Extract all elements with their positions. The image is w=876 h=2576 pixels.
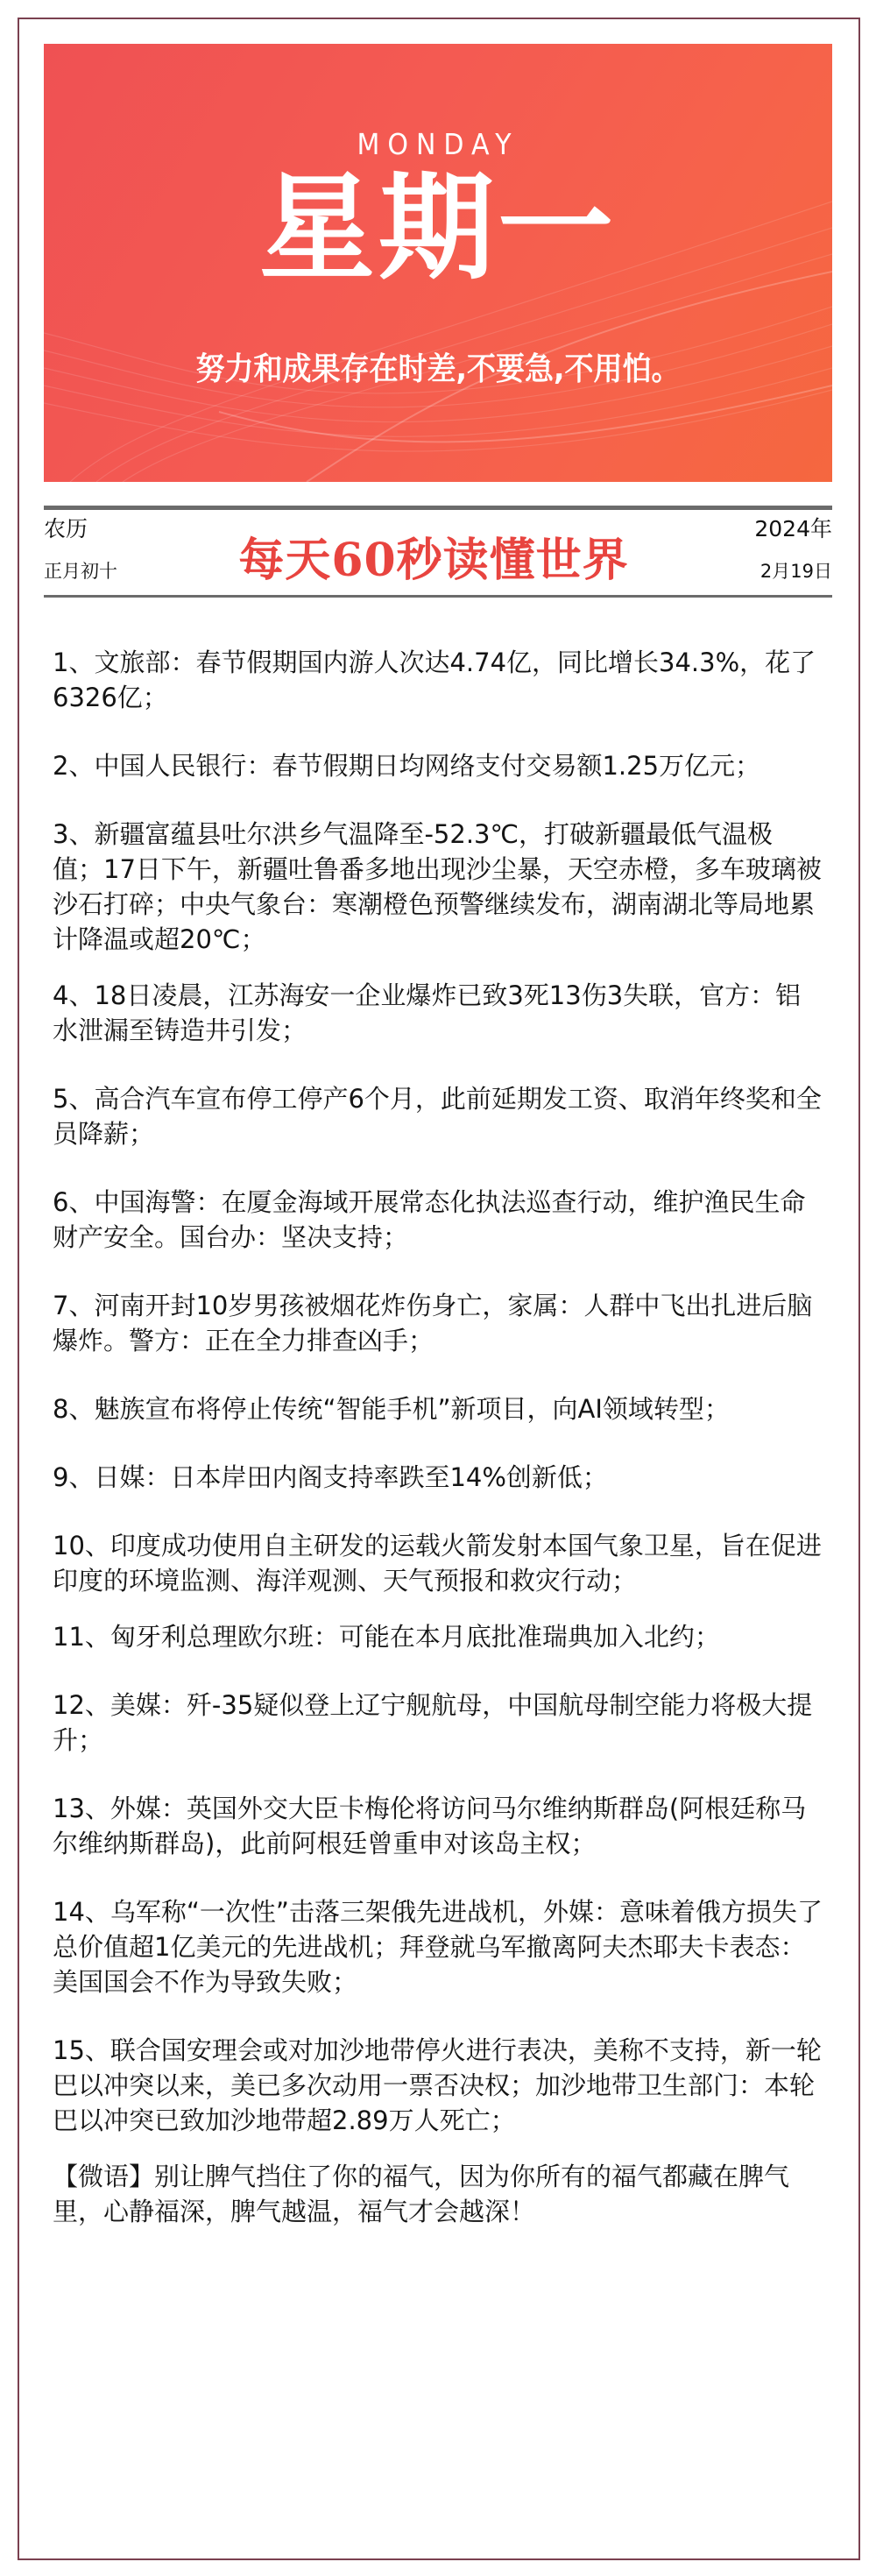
motto: 努力和成果存在时差,不要急,不用怕。 bbox=[44, 344, 832, 389]
daily-quote: 【微语】别让脾气挡住了你的福气，因为你所有的福气都藏在脾气里，心静福深，脾气越温… bbox=[53, 2159, 823, 2229]
day-chinese: 星期一 bbox=[44, 163, 832, 294]
news-item: 7、河南开封10岁男孩被烟花炸伤身亡，家属：人群中飞出扎进后脑爆炸。警方：正在全… bbox=[53, 1288, 823, 1358]
news-item: 6、中国海警：在厦金海域开展常态化执法巡查行动，维护渔民生命财产安全。国台办：坚… bbox=[53, 1185, 823, 1255]
news-list: 1、文旅部：春节假期国内游人次达4.74亿，同比增长34.3%，花了6326亿；… bbox=[53, 645, 823, 2262]
weekday-banner: MONDAY 星期一 努力和成果存在时差,不要急,不用怕。 bbox=[44, 44, 832, 482]
masthead-rule-bottom bbox=[44, 595, 832, 598]
day-english: MONDAY bbox=[44, 128, 832, 162]
news-item: 9、日媒：日本岸田内阁支持率跌至14%创新低； bbox=[53, 1460, 823, 1495]
news-item: 3、新疆富蕴县吐尔洪乡气温降至-52.3℃，打破新疆最低气温极值；17日下午，新… bbox=[53, 817, 823, 957]
news-item: 8、魅族宣布将停止传统“智能手机”新项目，向AI领域转型； bbox=[53, 1391, 823, 1426]
lunar-label: 农历 bbox=[44, 512, 88, 543]
masthead-title: 每天60秒读懂世界 bbox=[210, 523, 657, 589]
news-item: 1、文旅部：春节假期国内游人次达4.74亿，同比增长34.3%，花了6326亿； bbox=[53, 645, 823, 715]
year: 2024年 bbox=[754, 512, 832, 543]
lunar-date: 正月初十 bbox=[44, 557, 117, 584]
news-item: 12、美媒：歼-35疑似登上辽宁舰航母，中国航母制空能力将极大提升； bbox=[53, 1688, 823, 1758]
date: 2月19日 bbox=[760, 557, 832, 584]
news-item: 15、联合国安理会或对加沙地带停火进行表决，美称不支持，新一轮巴以冲突以来，美已… bbox=[53, 2033, 823, 2138]
news-item: 11、匈牙利总理欧尔班：可能在本月底批准瑞典加入北约； bbox=[53, 1619, 823, 1654]
news-item: 10、印度成功使用自主研发的运载火箭发射本国气象卫星，旨在促进印度的环境监测、海… bbox=[53, 1528, 823, 1598]
news-item: 5、高合汽车宣布停工停产6个月，此前延期发工资、取消年终奖和全员降薪； bbox=[53, 1081, 823, 1151]
news-item: 4、18日凌晨，江苏海安一企业爆炸已致3死13伤3失联，官方：铝水泄漏至铸造井引… bbox=[53, 978, 823, 1048]
news-item: 13、外媒：英国外交大臣卡梅伦将访问马尔维纳斯群岛(阿根廷称马尔维纳斯群岛)，此… bbox=[53, 1791, 823, 1861]
news-item: 2、中国人民银行：春节假期日均网络支付交易额1.25万亿元； bbox=[53, 748, 823, 783]
news-item: 14、乌军称“一次性”击落三架俄先进战机，外媒：意味着俄方损失了总价值超1亿美元… bbox=[53, 1894, 823, 1999]
masthead-rule-top bbox=[44, 506, 832, 510]
